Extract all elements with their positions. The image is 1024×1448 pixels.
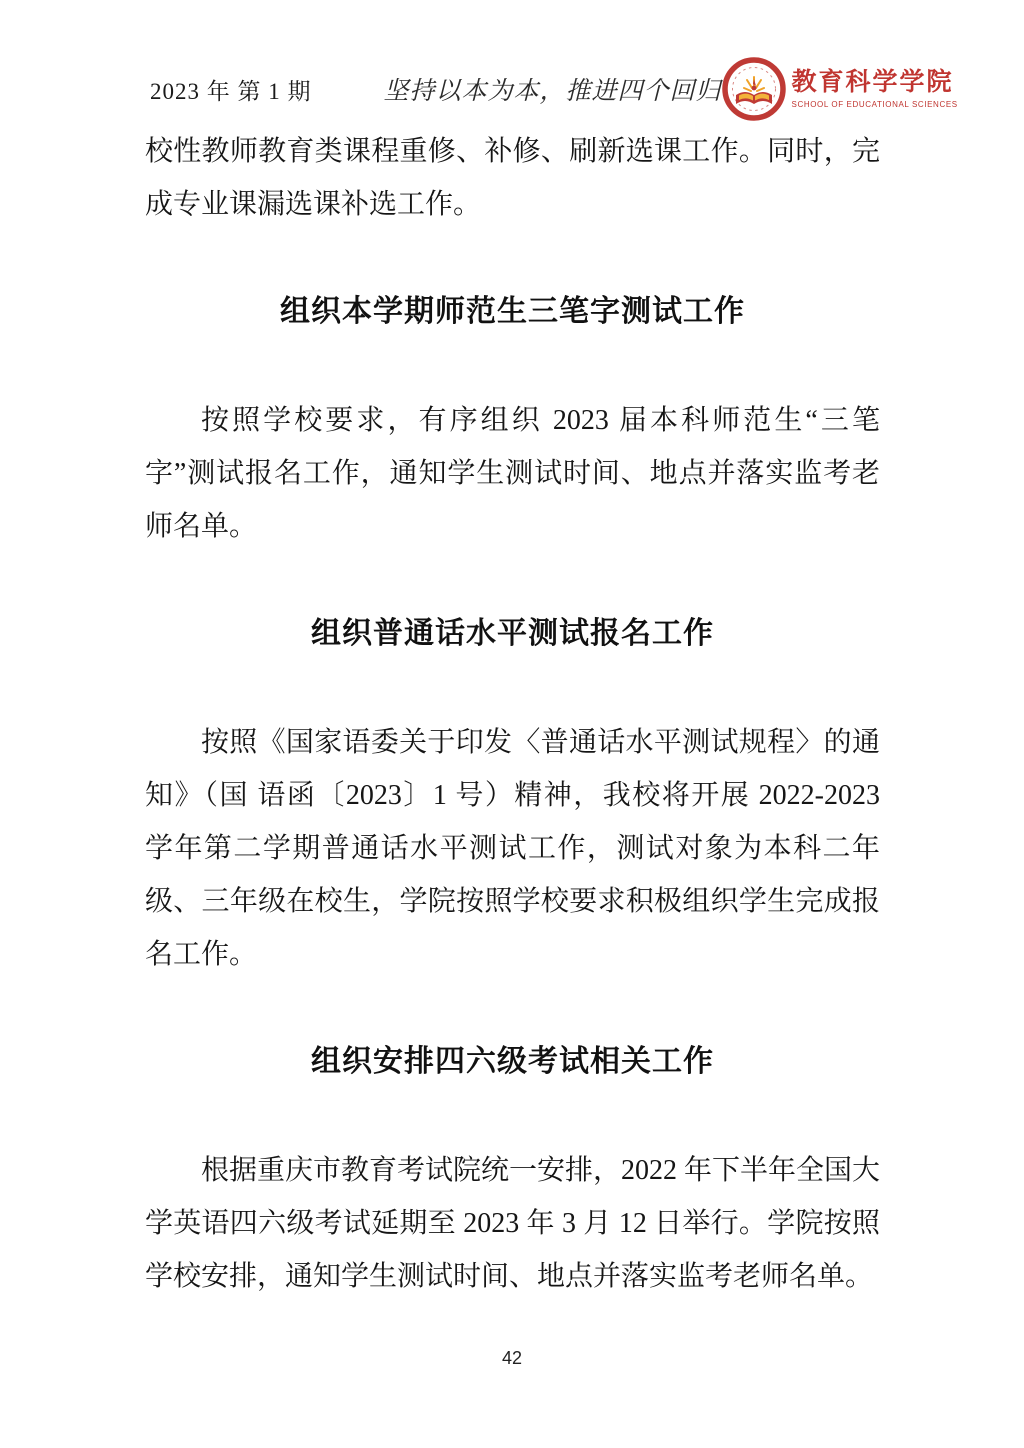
logo-title: 教育科学学院: [792, 69, 954, 97]
header-slogan: 坚持以本为本，推进四个回归: [384, 71, 722, 107]
school-logo: 教育科学学院 SCHOOL OF EDUCATIONAL SCIENCES: [722, 57, 958, 121]
logo-subtitle: SCHOOL OF EDUCATIONAL SCIENCES: [792, 100, 958, 109]
page-number: 42: [502, 1348, 522, 1368]
document-body: 校性教师教育类课程重修、补修、刷新选课工作。同时，完成专业课漏选课补选工作。组织…: [145, 125, 880, 1303]
section-heading: 组织本学期师范生三笔字测试工作: [145, 285, 880, 338]
page-footer: 42: [0, 1348, 1024, 1369]
body-paragraph: 按照学校要求，有序组织 2023 届本科师范生“三笔字”测试报名工作，通知学生测…: [145, 394, 880, 553]
issue-label: 2023 年 第 1 期: [150, 73, 312, 106]
body-paragraph: 校性教师教育类课程重修、补修、刷新选课工作。同时，完成专业课漏选课补选工作。: [145, 125, 880, 231]
document-page: 2023 年 第 1 期 坚持以本为本，推进四个回归: [0, 0, 1024, 1448]
page-header: 2023 年 第 1 期 坚持以本为本，推进四个回归: [150, 56, 908, 122]
section-heading: 组织安排四六级考试相关工作: [145, 1035, 880, 1088]
body-paragraph: 按照《国家语委关于印发〈普通话水平测试规程〉的通知》（国 语函〔2023〕1 号…: [145, 716, 880, 981]
logo-text-block: 教育科学学院 SCHOOL OF EDUCATIONAL SCIENCES: [792, 69, 958, 109]
section-heading: 组织普通话水平测试报名工作: [145, 607, 880, 660]
body-paragraph: 根据重庆市教育考试院统一安排，2022 年下半年全国大学英语四六级考试延期至 2…: [145, 1144, 880, 1303]
school-emblem-icon: [722, 57, 786, 121]
